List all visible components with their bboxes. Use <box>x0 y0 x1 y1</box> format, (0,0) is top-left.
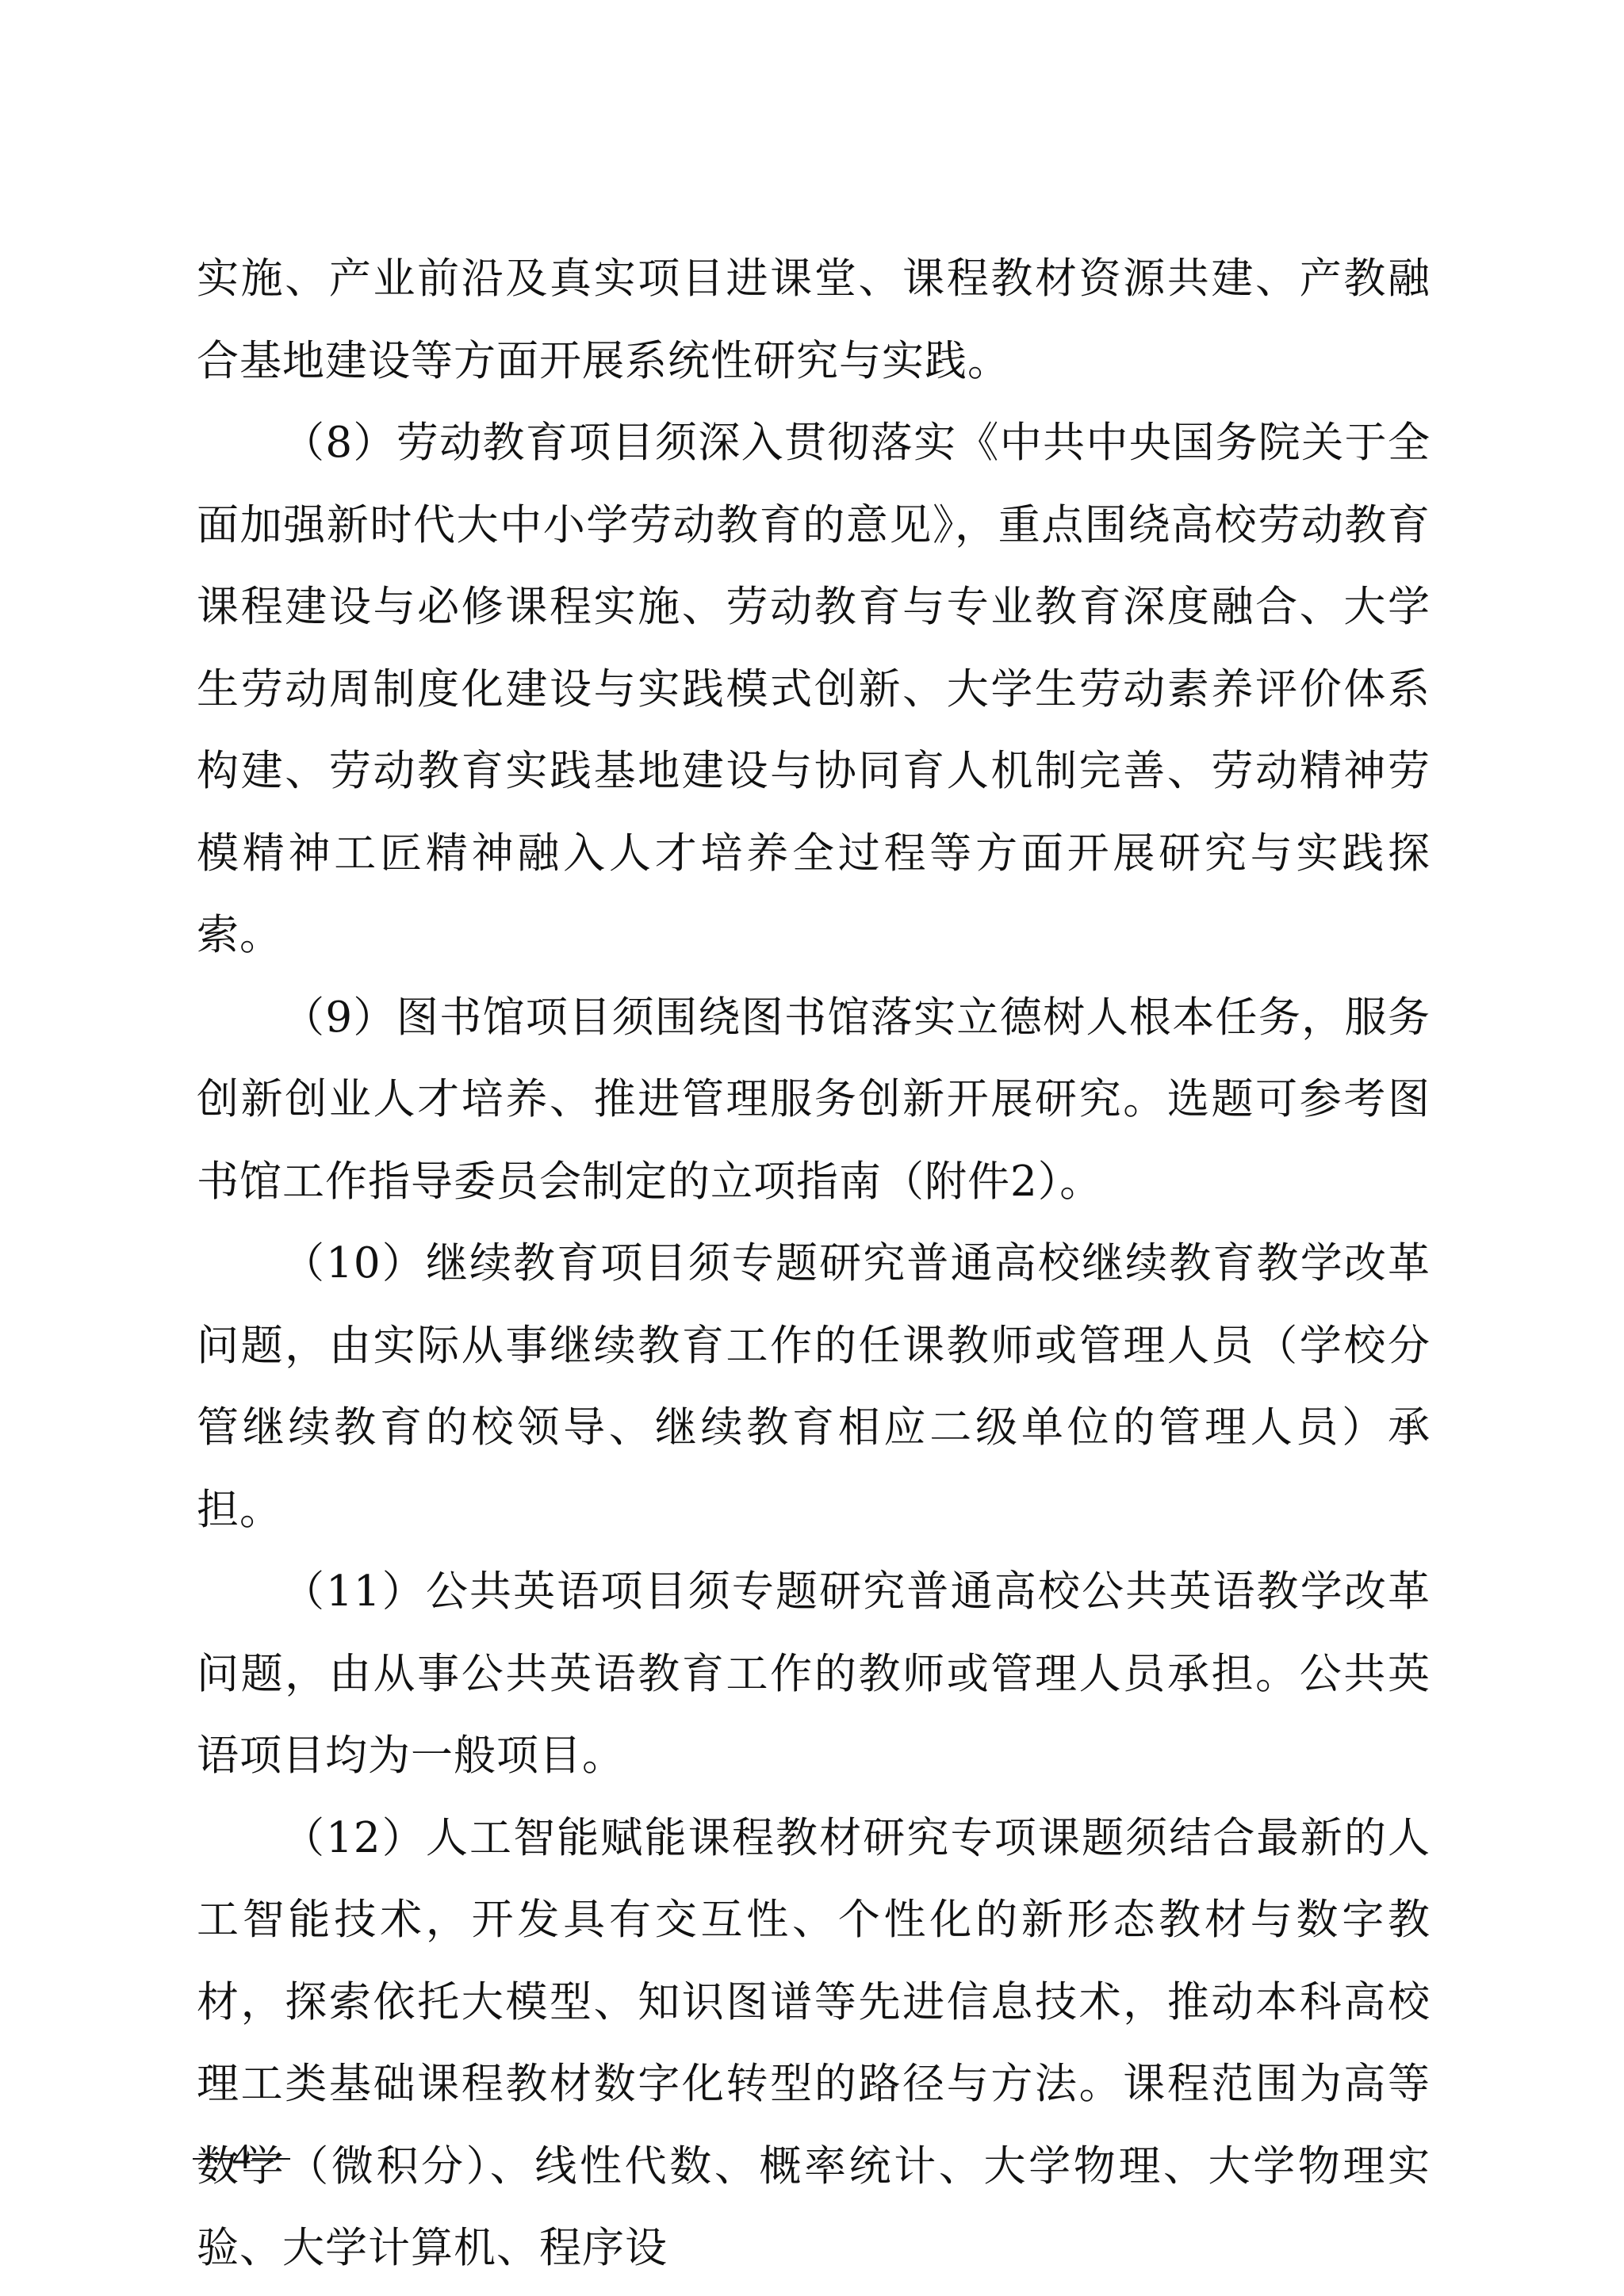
paragraph-item-9-library: （9）图书馆项目须围绕图书馆落实立德树人根本任务，服务创新创业人才培养、推进管理… <box>197 977 1431 1223</box>
paragraph-item-8-labor-education: （8）劳动教育项目须深入贯彻落实《中共中央国务院关于全面加强新时代大中小学劳动教… <box>197 402 1431 977</box>
document-body: 实施、产业前沿及真实项目进课堂、课程教材资源共建、产教融合基地建设等方面开展系统… <box>197 238 1431 2290</box>
page-number: 4 <box>231 2133 252 2180</box>
paragraph-item-11-public-english: （11）公共英语项目须专题研究普通高校公共英语教学改革问题，由从事公共英语教育工… <box>197 1551 1431 1797</box>
page-number-footer: 4 <box>193 2133 290 2180</box>
paragraph-continuation: 实施、产业前沿及真实项目进课堂、课程教材资源共建、产教融合基地建设等方面开展系统… <box>197 238 1431 402</box>
paragraph-item-12-ai-course-materials: （12）人工智能赋能课程教材研究专项课题须结合最新的人工智能技术，开发具有交互性… <box>197 1797 1431 2290</box>
page-number-dash-right <box>252 2158 290 2160</box>
paragraph-item-10-continuing-education: （10）继续教育项目须专题研究普通高校继续教育教学改革问题，由实际从事继续教育工… <box>197 1223 1431 1551</box>
page-number-dash-left <box>193 2158 231 2160</box>
